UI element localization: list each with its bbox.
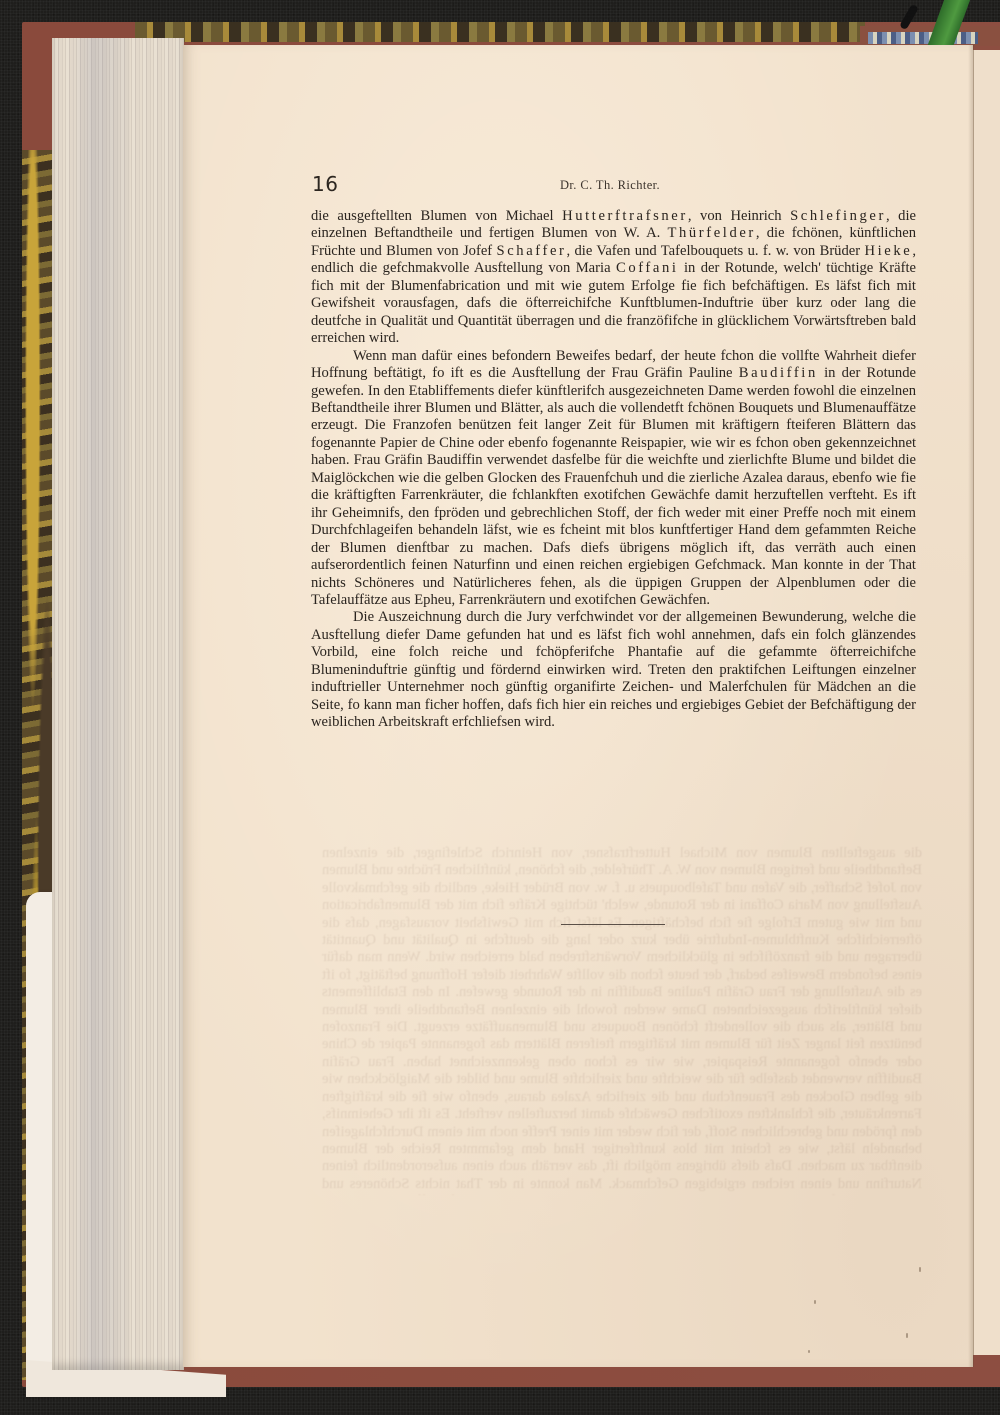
paper-speck bbox=[906, 1333, 908, 1338]
spaced-name: Schlefinger bbox=[790, 208, 886, 224]
spine-shadow bbox=[968, 45, 974, 1367]
text-run: Die Auszeichnung durch die Jury verfchwi… bbox=[311, 609, 916, 730]
text-run: in der Rotunde gewefen. In den Etabliffe… bbox=[311, 365, 916, 608]
running-head: 16 Dr. C. Th. Richter. bbox=[312, 172, 917, 194]
page-stack-edges bbox=[52, 38, 184, 1370]
spaced-name: Schaffer bbox=[497, 243, 567, 259]
paper-speck bbox=[808, 1350, 810, 1353]
running-title: Dr. C. Th. Richter. bbox=[560, 178, 660, 193]
body-text: die ausgeftellten Blumen von Michael Hut… bbox=[311, 208, 916, 732]
paper-speck bbox=[814, 1300, 816, 1304]
paragraph: Die Auszeichnung durch die Jury verfchwi… bbox=[311, 609, 916, 731]
bleed-through-text: die ausgeftellten Blumen von Michael Hut… bbox=[322, 845, 922, 1195]
facing-page-edge bbox=[973, 50, 1000, 1355]
page-number: 16 bbox=[312, 172, 338, 196]
spaced-name: Thürfelder bbox=[667, 225, 755, 241]
section-end-rule bbox=[561, 924, 665, 925]
paragraph: Wenn man dafür eines befondern Beweifes … bbox=[311, 348, 916, 610]
text-run: , die Vafen und Tafelbouquets u. f. w. v… bbox=[566, 243, 864, 259]
spaced-name: Baudiffin bbox=[739, 365, 818, 381]
spaced-name: Hutterftrafsner bbox=[562, 208, 688, 224]
paper-speck bbox=[919, 1267, 921, 1272]
spaced-name: Coffani bbox=[616, 260, 679, 276]
text-run: , von Heinrich bbox=[688, 208, 790, 224]
spaced-name: Hieke bbox=[864, 243, 912, 259]
paragraph: die ausgeftellten Blumen von Michael Hut… bbox=[311, 208, 916, 348]
headband bbox=[868, 32, 978, 44]
text-run: die ausgeftellten Blumen von Michael bbox=[311, 208, 562, 224]
marbled-cover-edge bbox=[135, 22, 865, 42]
